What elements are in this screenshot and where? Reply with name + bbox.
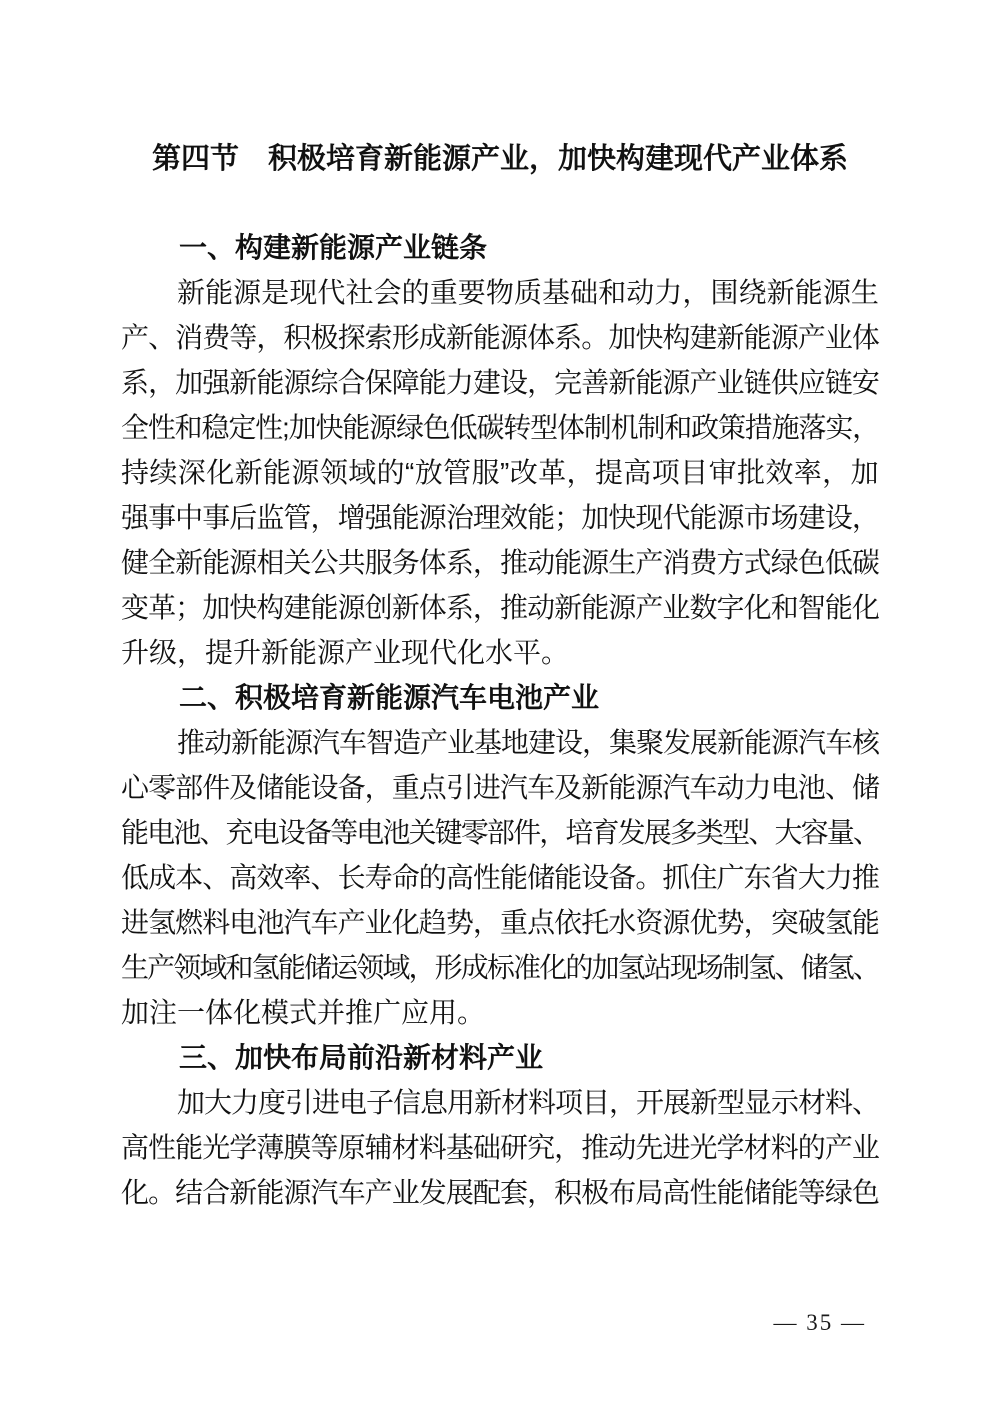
- body-line: 产、消费等，积极探索形成新能源体系。加快构建新能源产业体: [121, 315, 879, 360]
- section-3-heading: 三、加快布局前沿新材料产业: [121, 1035, 879, 1080]
- body-line: 化。结合新能源汽车产业发展配套，积极布局高性能储能等绿色: [121, 1170, 879, 1215]
- body-line: 推动新能源汽车智造产业基地建设，集聚发展新能源汽车核: [121, 720, 879, 765]
- body-line: 高性能光学薄膜等原辅材料基础研究，推动先进光学材料的产业: [121, 1125, 879, 1170]
- body-line: 系，加强新能源综合保障能力建设，完善新能源产业链供应链安: [121, 360, 879, 405]
- body-line: 进氢燃料电池汽车产业化趋势，重点依托水资源优势，突破氢能: [121, 900, 879, 945]
- section-3: 三、加快布局前沿新材料产业 加大力度引进电子信息用新材料项目，开展新型显示材料、…: [121, 1035, 879, 1215]
- page-number: — 35 —: [774, 1308, 867, 1338]
- body-line: 全性和稳定性;加快能源绿色低碳转型体制机制和政策措施落实，: [121, 405, 879, 450]
- section-heading-text: 一、构建新能源产业链条: [179, 232, 487, 263]
- body-line: 升级，提升新能源产业现代化水平。: [121, 630, 879, 675]
- body-line: 能电池、充电设备等电池关键零部件，培育发展多类型、大容量、: [121, 810, 879, 855]
- text-column: 第四节 积极培育新能源产业，加快构建现代产业体系 一、构建新能源产业链条 新能源…: [121, 137, 879, 1215]
- body-line: 生产领域和氢能储运领域，形成标准化的加氢站现场制氢、储氢、: [121, 945, 879, 990]
- section-1: 一、构建新能源产业链条 新能源是现代社会的重要物质基础和动力，围绕新能源生 产、…: [121, 225, 879, 675]
- section-1-heading: 一、构建新能源产业链条: [121, 225, 879, 270]
- body-line: 持续深化新能源领域的“放管服”改革，提高项目审批效率，加: [121, 450, 879, 495]
- body-line: 新能源是现代社会的重要物质基础和动力，围绕新能源生: [121, 270, 879, 315]
- body-line: 加注一体化模式并推广应用。: [121, 990, 879, 1035]
- body-line: 心零部件及储能设备，重点引进汽车及新能源汽车动力电池、储: [121, 765, 879, 810]
- document-page: 第四节 积极培育新能源产业，加快构建现代产业体系 一、构建新能源产业链条 新能源…: [0, 0, 1000, 1414]
- body-line: 加大力度引进电子信息用新材料项目，开展新型显示材料、: [121, 1080, 879, 1125]
- section-2-heading: 二、积极培育新能源汽车电池产业: [121, 675, 879, 720]
- body-line: 低成本、高效率、长寿命的高性能储能设备。抓住广东省大力推: [121, 855, 879, 900]
- body-line: 变革；加快构建能源创新体系，推动新能源产业数字化和智能化: [121, 585, 879, 630]
- body-line: 强事中事后监管，增强能源治理效能；加快现代能源市场建设，: [121, 495, 879, 540]
- section-heading-text: 三、加快布局前沿新材料产业: [179, 1042, 543, 1073]
- body-line: 健全新能源相关公共服务体系，推动能源生产消费方式绿色低碳: [121, 540, 879, 585]
- section-heading-text: 二、积极培育新能源汽车电池产业: [179, 682, 599, 713]
- page-title: 第四节 积极培育新能源产业，加快构建现代产业体系: [121, 137, 879, 182]
- section-2: 二、积极培育新能源汽车电池产业 推动新能源汽车智造产业基地建设，集聚发展新能源汽…: [121, 675, 879, 1035]
